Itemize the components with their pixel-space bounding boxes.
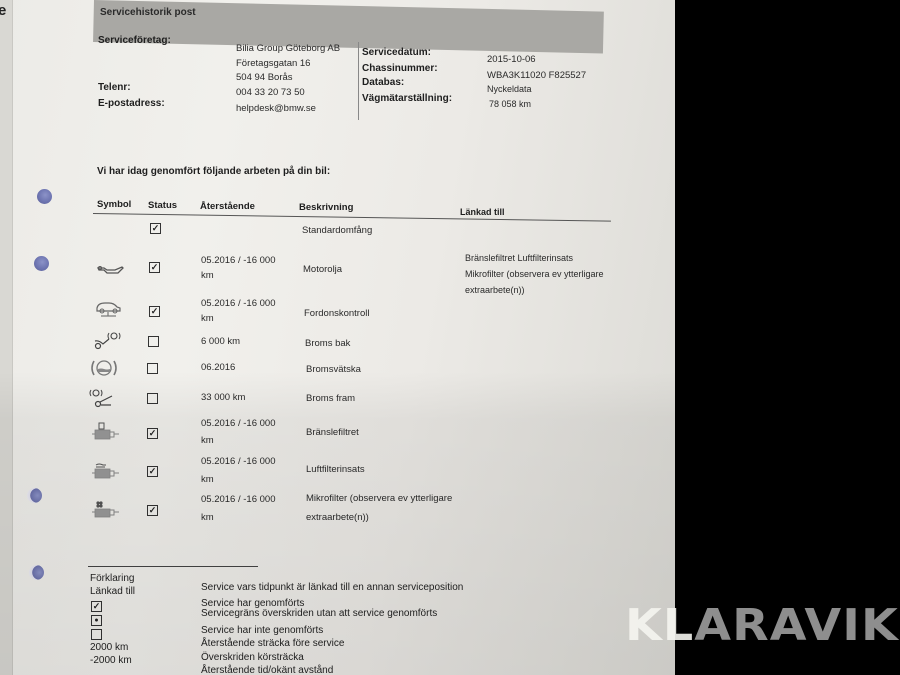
row-description: extraarbete(n)) — [306, 509, 369, 527]
legend-key: Länkad till — [90, 586, 135, 597]
email-label: E-postadress: — [98, 98, 165, 109]
row-remaining: 05.2016 / -16 000 — [201, 415, 275, 433]
brake-fluid-icon — [89, 358, 119, 378]
vehicle-check-icon — [94, 298, 124, 318]
row-description: Fordonskontroll — [304, 305, 369, 323]
legend-key: 2000 km — [90, 642, 128, 653]
col-symbol: Symbol — [97, 199, 131, 210]
row-description: Broms bak — [305, 335, 350, 353]
rear-brake-icon — [92, 331, 122, 351]
status-checkbox — [147, 363, 158, 374]
fuel-filter-icon — [92, 422, 122, 442]
info-divider — [358, 42, 359, 120]
row-remaining-unit: km — [201, 267, 214, 285]
row-description: Standardomfång — [302, 222, 372, 240]
row-description: Luftfilterinsats — [306, 461, 365, 479]
col-linked: Länkad till — [460, 207, 505, 217]
row-remaining: 33 000 km — [201, 389, 245, 407]
row-remaining-unit: km — [201, 509, 214, 527]
legend-desc: Överskriden körsträcka — [201, 652, 304, 663]
underlying-sheet: e — [0, 0, 13, 675]
service-date-label: Servicedatum: — [362, 47, 431, 58]
legend-title: Förklaring — [90, 573, 134, 584]
legend-desc: Service vars tidpunkt är länkad till en … — [201, 582, 463, 593]
legend-key: -2000 km — [90, 655, 132, 666]
odometer-label: Vägmätarställning: — [362, 93, 452, 104]
row-remaining-unit: km — [201, 310, 214, 328]
row-description: Mikrofilter (observera ev ytterligare — [306, 490, 452, 508]
status-checkbox — [148, 336, 159, 347]
watermark-light: KL — [625, 600, 694, 651]
legend-desc: Servicegräns överskriden utan att servic… — [201, 608, 437, 619]
row-linked: extraarbete(n)) — [465, 281, 525, 299]
klaravik-watermark: KLARAVIK — [625, 600, 899, 651]
row-description: Broms fram — [306, 390, 355, 408]
front-brake-icon — [89, 388, 119, 408]
status-checkbox: ✓ — [149, 262, 160, 273]
service-company-label: Serviceföretag: — [98, 35, 171, 46]
col-status: Status — [148, 200, 177, 211]
chassis-value: WBA3K11020 F825527 — [487, 70, 586, 81]
status-checkbox: ✓ — [147, 466, 158, 477]
status-checkbox — [147, 393, 158, 404]
punch-hole — [34, 256, 49, 271]
col-remaining: Återstående — [200, 201, 255, 212]
micro-filter-icon — [92, 500, 122, 520]
legend-checkbox-overdue: ● — [91, 615, 102, 626]
section-title: Servicehistorik post — [100, 7, 196, 18]
service-company-name: Bilia Group Göteborg AB — [236, 43, 340, 54]
legend-desc: Återstående sträcka före service — [201, 638, 344, 649]
oil-can-icon — [96, 260, 126, 280]
table-header-rule — [93, 213, 611, 222]
status-checkbox: ✓ — [147, 428, 158, 439]
document-page: e Servicehistorik post Serviceföretag: B… — [0, 0, 675, 675]
row-remaining: 05.2016 / -16 000 — [201, 491, 275, 509]
row-remaining: 6 000 km — [201, 333, 240, 351]
email-value: helpdesk@bmw.se — [236, 103, 316, 114]
row-description: Motorolja — [303, 261, 342, 279]
phone-value: 004 33 20 73 50 — [236, 87, 305, 98]
service-company-city: 504 94 Borås — [236, 72, 293, 83]
watermark-dark: ARAVIK — [694, 600, 899, 651]
row-remaining-unit: km — [201, 432, 214, 450]
phone-label: Telenr: — [98, 82, 131, 93]
legend-desc: Återstående tid/okänt avstånd — [201, 665, 333, 675]
punch-hole — [29, 565, 44, 580]
row-remaining: 05.2016 / -16 000 — [201, 453, 275, 471]
row-description: Bromsvätska — [306, 361, 361, 379]
col-description: Beskrivning — [299, 202, 353, 213]
punch-hole — [27, 488, 42, 503]
sheet-edge-text: e — [0, 2, 6, 19]
status-checkbox: ✓ — [149, 306, 160, 317]
chassis-label: Chassinummer: — [362, 63, 438, 74]
odometer-value: 78 058 km — [489, 99, 531, 109]
status-checkbox: ✓ — [147, 505, 158, 516]
database-label: Databas: — [362, 77, 404, 88]
legend-checkbox-empty — [91, 629, 102, 640]
row-remaining: 06.2016 — [201, 359, 235, 377]
legend-desc: Service har inte genomförts — [201, 625, 323, 636]
legend-rule — [88, 566, 258, 567]
service-date-value: 2015-10-06 — [487, 54, 536, 65]
status-checkbox: ✓ — [150, 223, 161, 234]
row-remaining-unit: km — [201, 471, 214, 489]
service-company-street: Företagsgatan 16 — [236, 58, 310, 69]
database-value: Nyckeldata — [487, 84, 532, 94]
legend-checkbox-checked: ✓ — [91, 601, 102, 612]
punch-hole — [37, 189, 52, 204]
work-intro: Vi har idag genomfört följande arbeten p… — [97, 166, 330, 177]
row-description: Bränslefiltret — [306, 424, 359, 442]
air-filter-icon — [92, 461, 122, 481]
